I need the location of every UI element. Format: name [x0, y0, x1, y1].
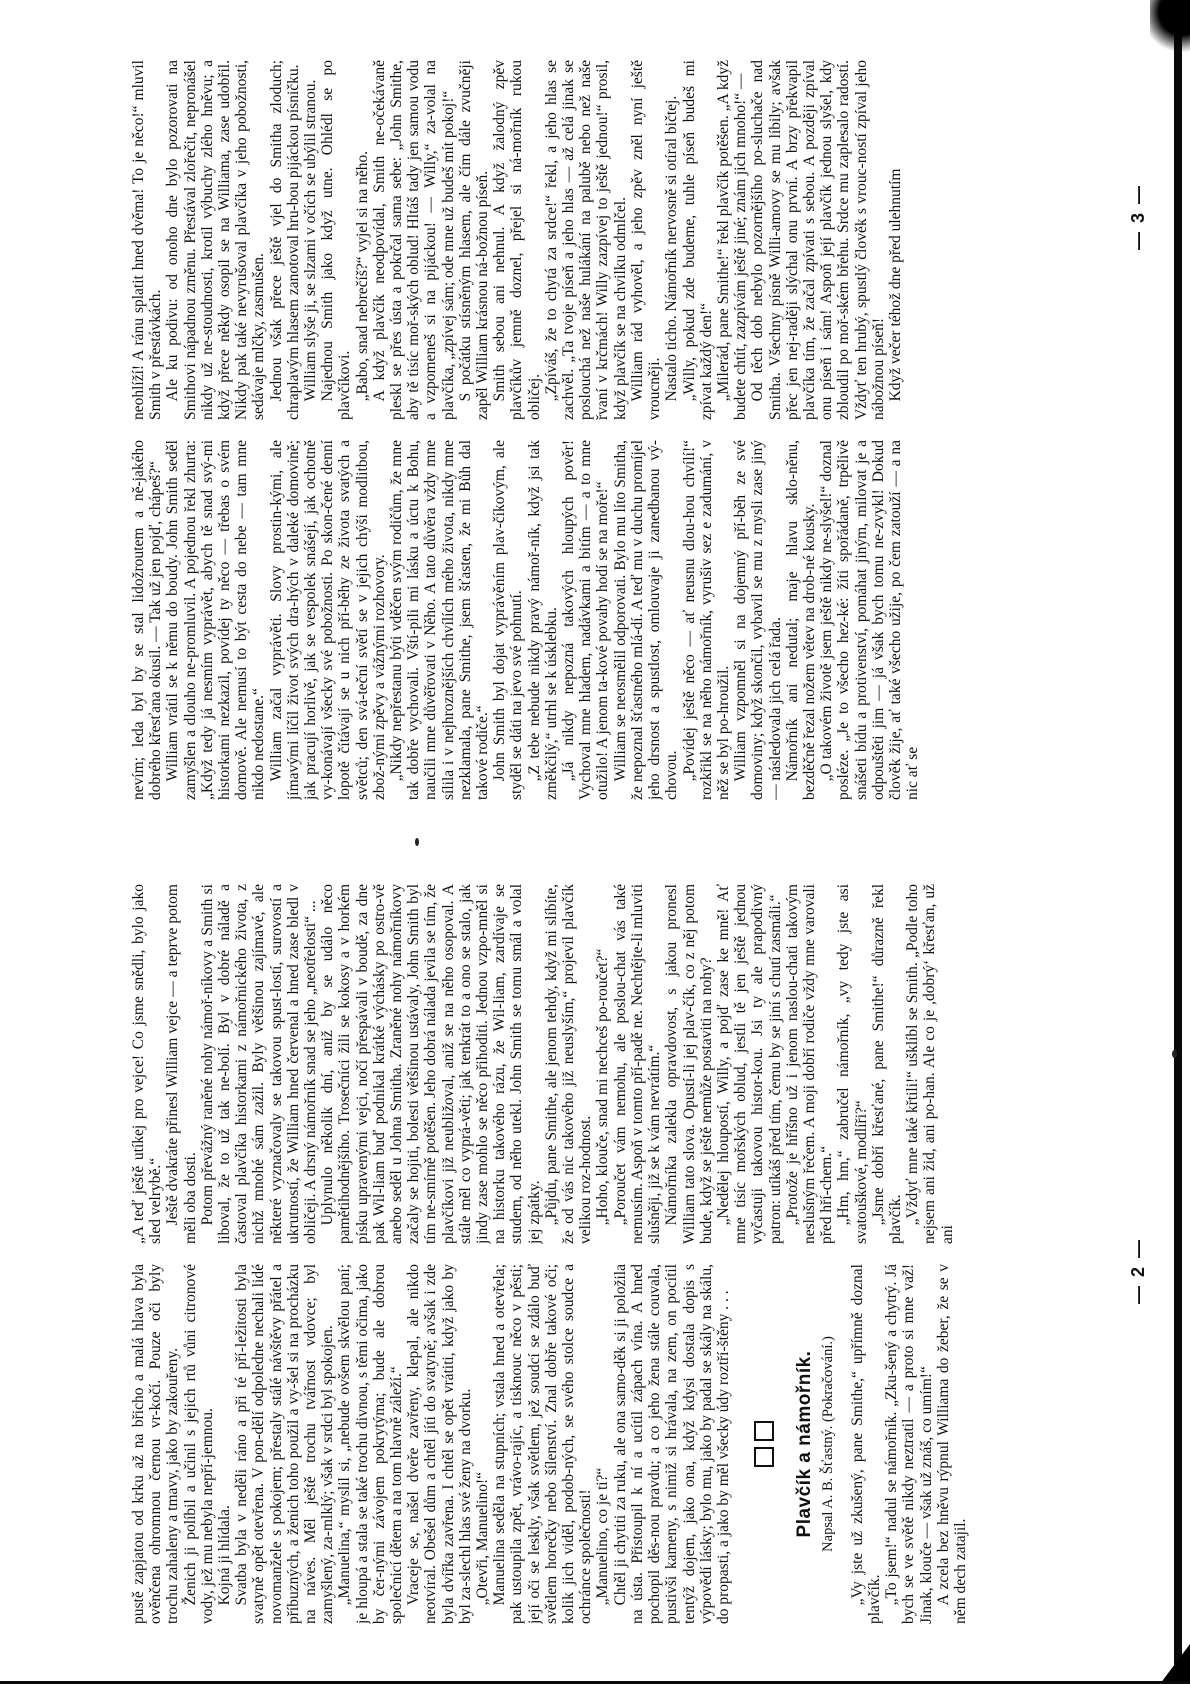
paragraph: Jednou však přece ještě vjel do Smitha z…: [268, 60, 302, 420]
paragraph: „Z tebe nebude nikdy pravý námoř-ník, kd…: [526, 440, 560, 800]
paragraph: William se neosmělil odporovati. Bylo mu…: [612, 440, 681, 800]
paragraph: William začal vyprávěti. Slovy prostin-k…: [268, 440, 388, 800]
page-2-columns: pustě zapjatou od krku až na břicho a ma…: [130, 884, 1120, 1624]
paragraph: nevím; leda byl by se stal lidožroutem a…: [130, 440, 164, 800]
page-3-columns: nevím; leda byl by se stal lidožroutem a…: [130, 60, 1120, 800]
paragraph: „Nikdy nepřestanu býti vděčen svým rodič…: [388, 440, 491, 800]
page-3: — 3 — nevím; leda byl by se stal lidožro…: [0, 0, 1190, 840]
square-glyph-icon: [754, 1447, 774, 1467]
paragraph: Ale ku podivu: od onoho dne bylo pozorov…: [164, 60, 267, 420]
page-2-column-1: pustě zapjatou od krku až na břicho a ma…: [130, 1264, 1120, 1624]
paragraph: Kojná ji hlídala.: [216, 1264, 233, 1624]
paragraph: William slyše ji, se slzami v očích se u…: [302, 60, 319, 420]
paragraph: William rád vyhověl, a jeho zpěv zněl ny…: [629, 60, 663, 420]
paragraph: William vzpomněl si na dojemný pří-běh z…: [732, 440, 784, 800]
paragraph: John Smith byl dojat vyprávěním plav-čík…: [491, 440, 525, 800]
section-ornament: [754, 1264, 778, 1624]
paragraph: „Hoho, klouče, snad mi nechceš po-roučet…: [594, 884, 611, 1244]
page-3-column-2: neohlíží! A ránu splatit hned dvěma! To …: [130, 60, 1120, 420]
story-body-continued: „A teď ještě utíkej pro vejce! Co jsme s…: [130, 884, 956, 1244]
paragraph: A když plavčík neodpovídal, Smith ne-oče…: [371, 60, 457, 420]
paragraph: Svatba byla v neděli ráno a při té pří-l…: [233, 1264, 336, 1624]
story-body-continued: neohlíží! A ránu splatit hned dvěma! To …: [130, 60, 904, 420]
paragraph: Ještě dvakráte přinesl William vejce — a…: [164, 884, 198, 1244]
paragraph: „Willy, pokud zde budeme, tuhle píseň bu…: [681, 60, 715, 420]
paragraph: „Povídej ještě něco — ať neusnu dlou-hou…: [681, 440, 733, 800]
paragraph: pustě zapjatou od krku až na břicho a ma…: [130, 1264, 182, 1624]
paragraph: neohlíží! A ránu splatit hned dvěma! To …: [130, 60, 164, 420]
paragraph: A zcela bez hněvu rýpnul Williama do žeb…: [935, 1264, 969, 1624]
paragraph: „Poroučet vám nemohu, ale poslou-chat vá…: [612, 884, 664, 1244]
paragraph: Od těch dob nebylo pozornějšího po-sluch…: [749, 60, 887, 420]
paragraph: Námořník ani nedutal; maje hlavu sklo-ně…: [784, 440, 818, 800]
paragraph: Smith sebou ani nehnul. A když žalodný z…: [491, 60, 543, 420]
story-byline: Napsal A. B. Šťastný. (Pokračování.): [820, 1264, 837, 1624]
paragraph: „A teď ještě utíkej pro vejce! Co jsme s…: [130, 884, 164, 1244]
paragraph: Nastalo ticho. Námořník nervosně si otír…: [663, 60, 680, 420]
paragraph: „Jsme dobří křesťané, pane Smithe!“ důra…: [870, 884, 904, 1244]
paragraph: Potom převážný raněné nohy námoř-níkovy …: [199, 884, 319, 1244]
paragraph: Když večer téhož dne před ulehnutím: [887, 60, 904, 420]
paragraph: „Nedělej hloupostí, Willy, a pojď zase k…: [715, 884, 784, 1244]
page-number: — 2 —: [1128, 1238, 1149, 1304]
paragraph: „Manuelino, co je ti?“: [594, 1264, 611, 1624]
square-glyph-icon: [754, 1421, 774, 1441]
paragraph: „To jsem!“ nadul se námořník. „Zku-šený …: [883, 1264, 935, 1624]
page-2-column-2: „A teď ještě utíkej pro vejce! Co jsme s…: [130, 884, 1120, 1244]
paragraph: „Milerád, pane Smithe!“ řekl plavčík pot…: [715, 60, 749, 420]
paragraph: S počátku stísněným hlasem, ale čím dále…: [457, 60, 491, 420]
rotated-spread: — 2 — pustě zapjatou od krku až na břich…: [0, 0, 1190, 1684]
paragraph: „Otevři, Manuelino!“: [474, 1264, 491, 1624]
paragraph: „Zpíváš, že to chytá za srdce!“ řekl, a …: [543, 60, 629, 420]
page-number: — 3 —: [1128, 184, 1149, 250]
paragraph: „Babo, snad nebrečíš?“ vyjel si na něho.: [354, 60, 371, 420]
paragraph: Manuelina seděla na stupních; vstala hne…: [491, 1264, 594, 1624]
paragraph: „O takovém životě jsem ještě nikdy ne-sl…: [818, 440, 921, 800]
paragraph: Uplynulo několik dní, aniž by se událo n…: [319, 884, 543, 1244]
paragraph: „Půjdu, pane Smithe, ale jenom tehdy, kd…: [543, 884, 595, 1244]
paragraph: Ženich ji políbil a učinil s jejich rtů …: [182, 1264, 216, 1624]
page-2: — 2 — pustě zapjatou od krku až na břich…: [0, 844, 1190, 1684]
paragraph: Najednou Smith jako když utne. Ohlédl se…: [319, 60, 353, 420]
page-3-column-1: nevím; leda byl by se stal lidožroutem a…: [130, 440, 1120, 800]
story-title: Plavčík a námořník.: [796, 1264, 813, 1624]
story-body: „Vy jste už zkušený, pane Smithe,“ upřím…: [849, 1264, 969, 1624]
paragraph: „Hm, hm,“ zabručel námořník, „vy tedy js…: [835, 884, 869, 1244]
paragraph: Chtěl ji chytiti za ruku, ale ona samo-d…: [612, 1264, 732, 1624]
paragraph: Námořníka zalekla opravdovost, s jakou p…: [663, 884, 715, 1244]
story-body-continued: nevím; leda byl by se stal lidožroutem a…: [130, 440, 921, 800]
paragraph: „Já nikdy nepozná takových hloupých pově…: [560, 440, 612, 800]
novel-continuation: pustě zapjatou od krku až na břicho a ma…: [130, 1264, 732, 1624]
paragraph: „Manuelina,“ myslil si, „nebude ovšem sk…: [336, 1264, 405, 1624]
paragraph: „Vždyť mne také křtili!“ ušklíbl se Smit…: [904, 884, 956, 1244]
paragraph: „Protože je hříšno už i jenom naslou-cha…: [784, 884, 836, 1244]
paragraph: William vrátil se k němu do boudy. John …: [164, 440, 267, 800]
paragraph: Vraceje se, našel dveře zavřeny, klepal,…: [405, 1264, 474, 1624]
paragraph: „Vy jste už zkušený, pane Smithe,“ upřím…: [849, 1264, 883, 1624]
